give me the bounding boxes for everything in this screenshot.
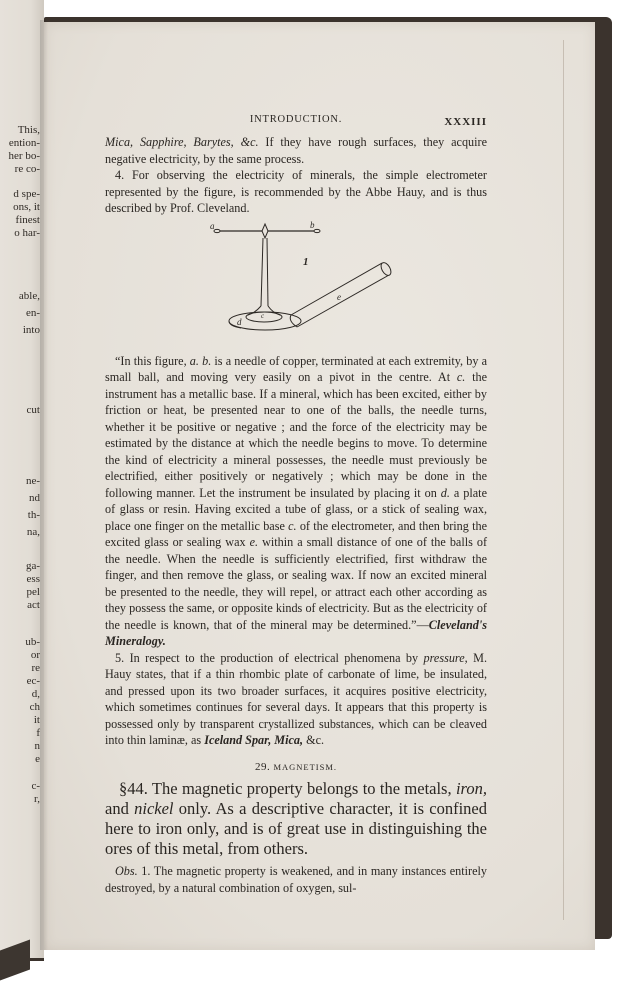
page-content: INTRODUCTION. XXXIII Mica, Sapphire, Bar…: [105, 112, 487, 896]
svg-text:b: b: [310, 221, 315, 230]
left-page-fragment: into: [23, 324, 40, 337]
left-page-fragment: or: [31, 649, 40, 662]
left-page-fragment: ons, it: [13, 201, 40, 214]
paragraph-minerals: Mica, Sapphire, Barytes, &c. If they hav…: [105, 134, 487, 167]
paragraph-5: 5. In respect to the production of elect…: [105, 650, 487, 749]
left-page-fragment: ga-: [26, 560, 40, 573]
left-page-fragment: act: [27, 599, 40, 612]
left-page-fragment: ch: [30, 701, 40, 714]
running-head: INTRODUCTION.: [105, 112, 487, 129]
page-crease: [563, 40, 564, 920]
left-page-fragment: ess: [27, 573, 40, 586]
svg-text:d: d: [237, 317, 242, 327]
left-page-fragment: en-: [26, 307, 40, 320]
svg-text:e: e: [337, 292, 341, 302]
section-heading: 29. MAGNETISM.: [105, 759, 487, 776]
left-page-fragment: ention-: [9, 137, 40, 150]
left-page-fragment: c-: [31, 780, 40, 793]
left-page-fragment: pel: [27, 586, 40, 599]
left-page-fragment: ub-: [25, 636, 40, 649]
paragraph-4: 4. For observing the electricity of mine…: [105, 167, 487, 217]
left-page-fragment: th-: [28, 509, 40, 522]
left-page-fragment: na,: [27, 526, 40, 539]
page-number: XXXIII: [444, 114, 487, 131]
left-page-fragment: re: [31, 662, 40, 675]
paragraph-44: §44. The magnetic property belongs to th…: [105, 779, 487, 859]
section-number: 29.: [255, 761, 270, 773]
svg-text:c: c: [261, 312, 265, 320]
italic-minerals: Mica, Sapphire, Barytes, &c.: [105, 135, 259, 149]
obs-label: Obs.: [115, 864, 138, 878]
left-page-fragment: o har-: [14, 227, 40, 240]
left-page-fragment: her bo-: [9, 150, 40, 163]
svg-text:1: 1: [303, 256, 309, 268]
left-page-fragment: finest: [16, 214, 40, 227]
left-page-fragment: re co-: [15, 163, 40, 176]
left-page-fragment: d,: [32, 688, 40, 701]
left-page-fragment: ec-: [27, 675, 40, 688]
left-page-fragment: nd: [29, 492, 40, 505]
left-page-fragment: This,: [18, 124, 40, 137]
section-title: MAGNETISM.: [273, 762, 337, 772]
quotation-paragraph: “In this figure, a. b. is a needle of co…: [105, 353, 487, 650]
spine-shadow: [40, 20, 48, 950]
left-page-fragment: cut: [27, 404, 40, 417]
left-page-fragment: d spe-: [13, 188, 40, 201]
facing-left-page: This,ention-her bo-re co-d spe-ons, itfi…: [0, 0, 44, 961]
left-page-fragment: able,: [19, 290, 40, 303]
electrometer-figure: a b c d e 1: [105, 221, 487, 345]
svg-text:a: a: [210, 221, 215, 231]
observation-1: Obs. 1. The magnetic property is weakene…: [105, 863, 487, 896]
page-header: INTRODUCTION. XXXIII: [105, 112, 487, 134]
left-page-fragment: ne-: [26, 475, 40, 488]
electrometer-illustration: a b c d e 1: [105, 221, 487, 345]
